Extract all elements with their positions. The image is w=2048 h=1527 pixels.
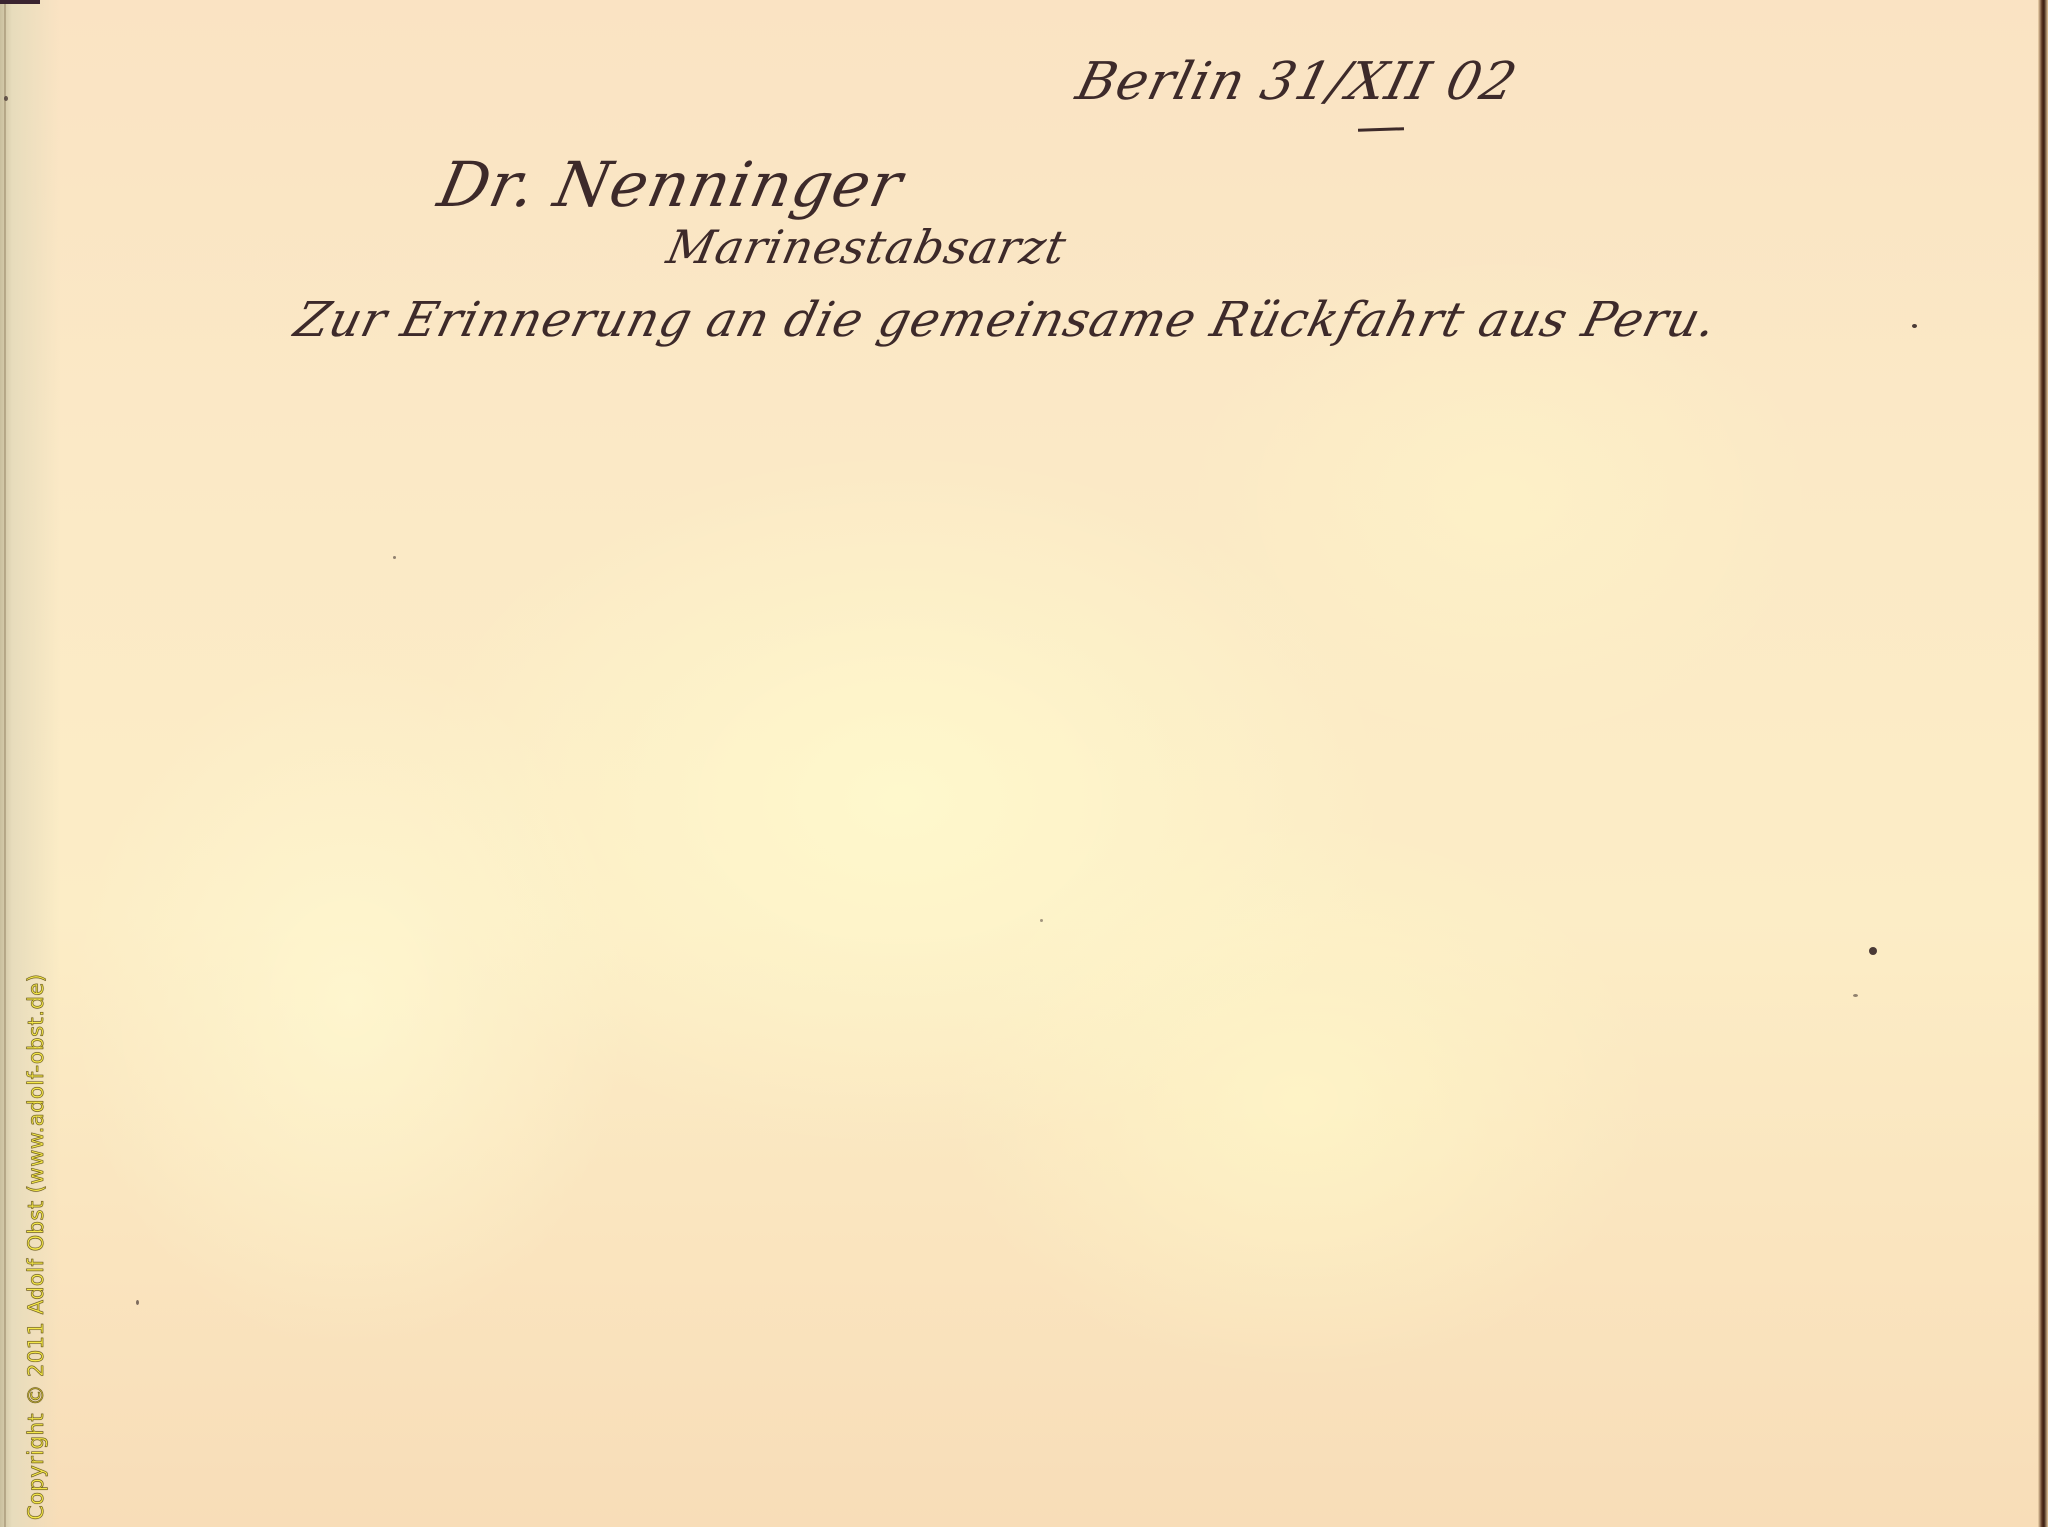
page-right-edge xyxy=(2038,0,2048,1527)
scanned-page: Berlin 31/XII 02 Dr. Nenninger Marinesta… xyxy=(0,0,2048,1527)
handwritten-name: Dr. Nenninger xyxy=(432,148,909,221)
ink-speck xyxy=(4,96,8,101)
ink-speck xyxy=(1040,919,1043,922)
ink-speck xyxy=(1869,947,1877,955)
handwritten-date: Berlin 31/XII 02 xyxy=(1071,52,1524,112)
ink-speck xyxy=(393,556,396,559)
page-binding-line xyxy=(4,0,6,1527)
corner-shadow xyxy=(0,0,40,4)
ink-speck xyxy=(136,1300,139,1305)
copyright-watermark: Copyright © 2011 Adolf Obst (www.adolf-o… xyxy=(24,974,48,1520)
date-underline xyxy=(1358,127,1404,132)
ink-speck xyxy=(1912,324,1917,328)
handwritten-title: Marinestabsarzt xyxy=(662,220,1071,274)
ink-speck xyxy=(1853,994,1858,997)
handwritten-dedication: Zur Erinnerung an die gemeinsame Rückfah… xyxy=(289,292,1723,348)
